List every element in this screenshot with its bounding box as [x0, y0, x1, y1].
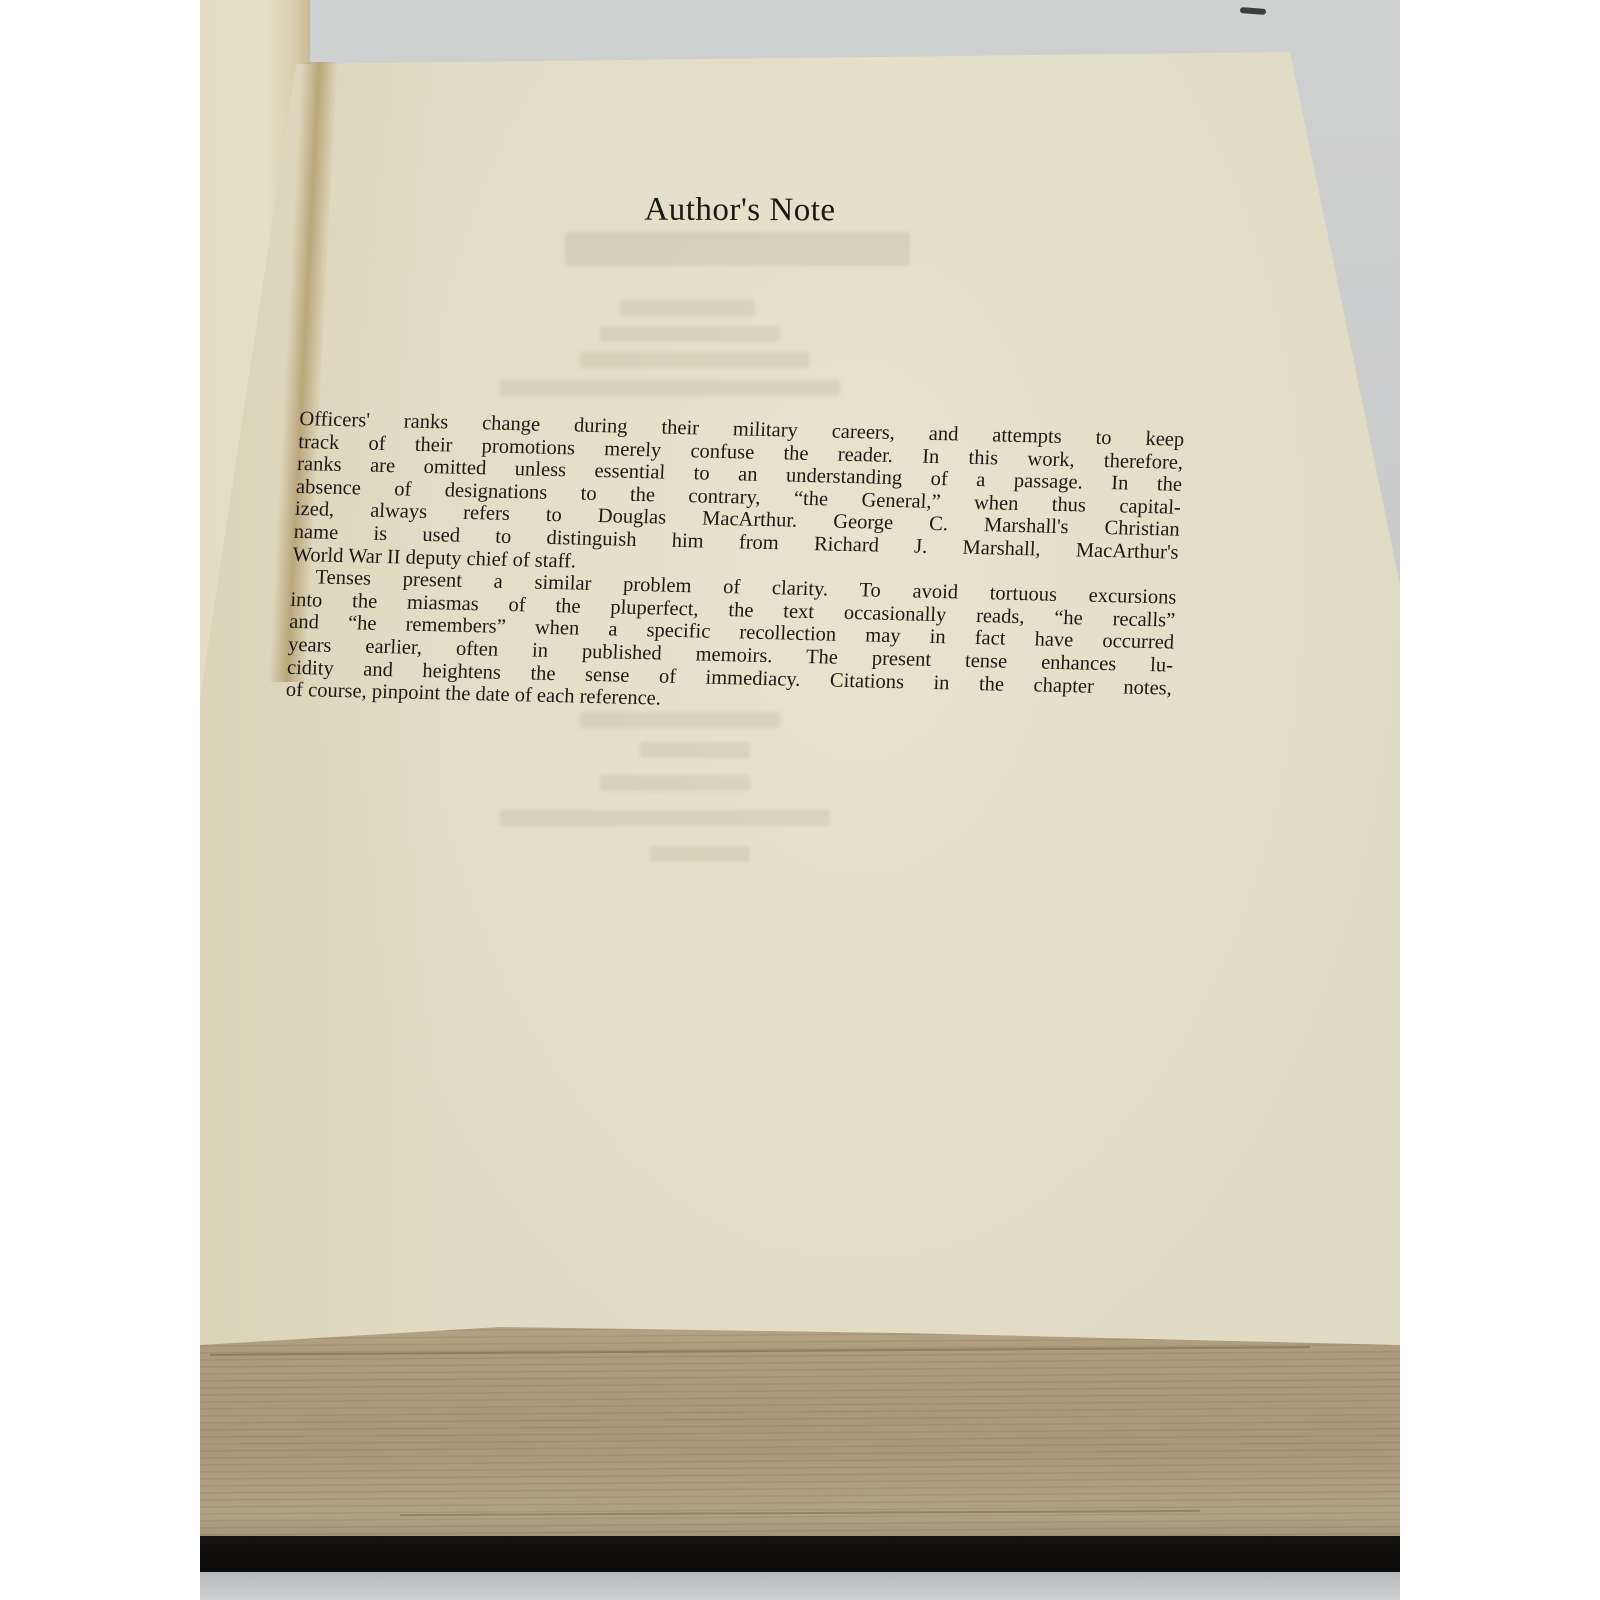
paragraph-ranks: Officers' ranks change during their mili… — [292, 408, 1185, 587]
paragraph-tenses: Tenses present a similar problem of clar… — [285, 566, 1176, 722]
author-note-body: Officers' ranks change during their mili… — [285, 408, 1184, 722]
surface-mark — [1240, 7, 1266, 15]
book-cover — [200, 1536, 1400, 1576]
page-heading: Author's Note — [580, 191, 900, 229]
book-photo: Author's Note Officers' ranks change dur… — [200, 0, 1400, 1600]
table-surface — [200, 1572, 1400, 1600]
